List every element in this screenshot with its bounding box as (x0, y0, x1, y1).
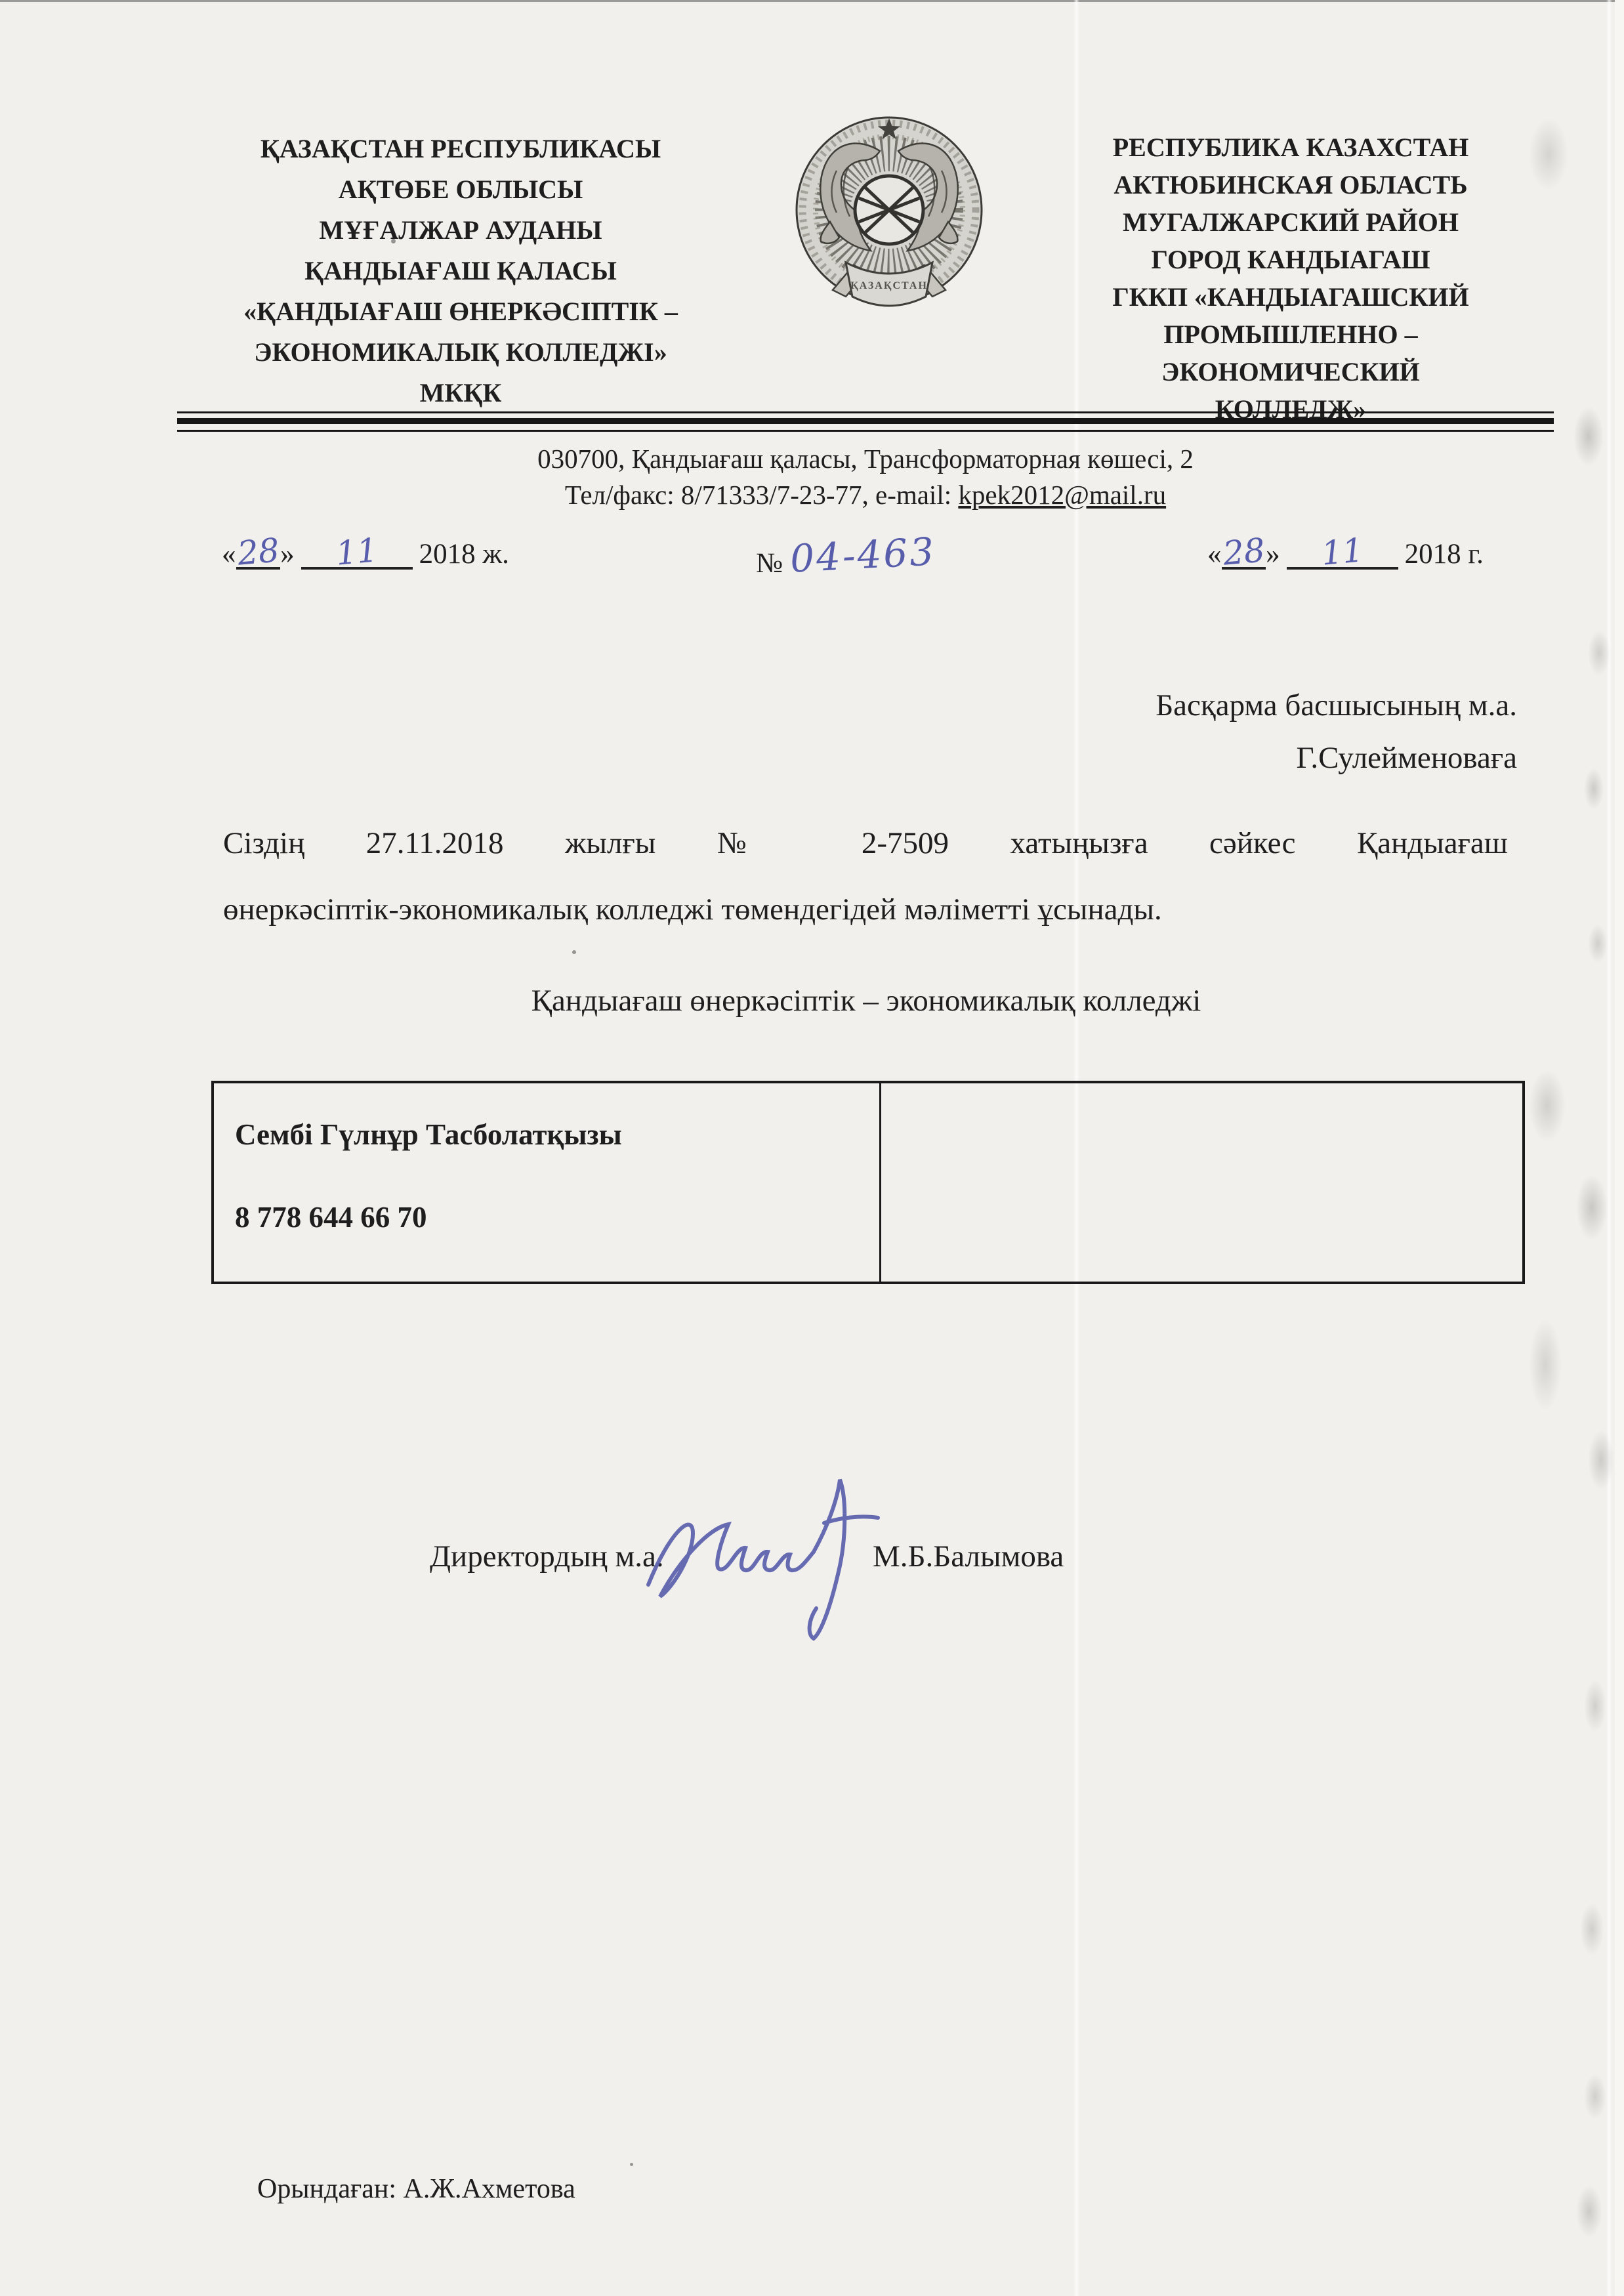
year-text: 2018 г. (1405, 539, 1484, 570)
signoff-role: Директордың м.а. (430, 1539, 664, 1574)
quote-close: » (280, 539, 295, 570)
letterhead-line: МКҚК (152, 373, 769, 413)
college-subtitle: Қандыағаш өнеркәсіптік – экономикалық ко… (177, 983, 1555, 1018)
body-paragraph: Сіздің 27.11.2018 жылғы № 2-7509 хатыңыз… (223, 825, 1508, 927)
letterhead-line: ЭКОНОМИЧЕСКИЙ (1025, 353, 1556, 390)
phone-email-line: Тел/факс: 8/71333/7-23-77, e-mail: kpek2… (177, 477, 1554, 513)
letterhead-line: АҚТӨБЕ ОБЛЫСЫ (152, 169, 769, 210)
date-right-russian: «28»112018 г. (1207, 537, 1484, 570)
person-phone: 8 778 644 66 70 (235, 1200, 427, 1234)
kazakhstan-coat-of-arms-icon: ҚАЗАҚСТАН (791, 110, 988, 320)
body-line: Сіздің 27.11.2018 жылғы № 2-7509 хатыңыз… (223, 825, 1508, 861)
letterhead-line: МУГАЛЖАРСКИЙ РАЙОН (1025, 203, 1556, 241)
table-cell-left: Сембі Гүлнұр Тасболатқызы 8 778 644 66 7… (214, 1083, 879, 1282)
date-left-kazakh: «28»112018 ж. (222, 537, 509, 570)
handwritten-doc-number: 04-463 (789, 529, 936, 581)
scan-right-edge (1615, 0, 1624, 2296)
recipient-title: Басқарма басшысының м.а. (853, 679, 1517, 732)
handwritten-month: 11 (1320, 535, 1364, 568)
letterhead-kazakh: ҚАЗАҚСТАН РЕСПУБЛИКАСЫ АҚТӨБЕ ОБЛЫСЫ МҰҒ… (152, 129, 769, 413)
handwritten-day: 28 (236, 535, 280, 568)
scanned-letter-page: ҚАЗАҚСТАН РЕСПУБЛИКАСЫ АҚТӨБЕ ОБЛЫСЫ МҰҒ… (0, 0, 1624, 2296)
scan-top-edge (0, 0, 1624, 2)
year-text: 2018 ж. (419, 539, 509, 570)
quote-open: « (1207, 539, 1222, 570)
quote-close: » (1266, 539, 1280, 570)
paper-crease (1606, 0, 1612, 2296)
body-line: өнеркәсіптік-экономикалық колледжі төмен… (223, 892, 1508, 927)
info-table: Сембі Гүлнұр Тасболатқызы 8 778 644 66 7… (211, 1081, 1525, 1284)
quote-open: « (222, 539, 236, 570)
letterhead-line: ЭКОНОМИКАЛЫҚ КОЛЛЕДЖІ» (152, 332, 769, 373)
dateline: «28»112018 ж. № 04-463 «28»112018 г. (0, 537, 1624, 616)
letterhead-line: РЕСПУБЛИКА КАЗАХСТАН (1025, 129, 1556, 166)
letterhead-line: ГККП «КАНДЫАГАШСКИЙ (1025, 278, 1556, 316)
letterhead-line: ПРОМЫШЛЕННО – (1025, 316, 1556, 353)
recipient-block: Басқарма басшысының м.а. Г.Сулейменоваға (853, 679, 1517, 784)
executor-line: Орындаған: А.Ж.Ахметова (257, 2173, 575, 2205)
handwritten-day: 28 (1222, 535, 1266, 568)
phone-text: Тел/факс: 8/71333/7-23-77, e-mail: (565, 480, 959, 510)
person-name: Сембі Гүлнұр Тасболатқызы (235, 1117, 622, 1152)
contact-block: 030700, Қандыағаш қаласы, Трансформаторн… (177, 441, 1554, 513)
letterhead-line: АКТЮБИНСКАЯ ОБЛАСТЬ (1025, 166, 1556, 203)
letterhead-line: ГОРОД КАНДЫАГАШ (1025, 241, 1556, 278)
letterhead-line: МҰҒАЛЖАР АУДАНЫ (152, 210, 769, 251)
letterhead-russian: РЕСПУБЛИКА КАЗАХСТАН АКТЮБИНСКАЯ ОБЛАСТЬ… (1025, 129, 1556, 428)
header-rule-thick (177, 418, 1554, 424)
address-line: 030700, Қандыағаш қаласы, Трансформаторн… (177, 441, 1554, 477)
handwritten-month: 11 (335, 535, 379, 568)
letterhead-line: «ҚАНДЫАҒАШ ӨНЕРКӘСІПТІК – (152, 291, 769, 332)
recipient-name: Г.Сулейменоваға (853, 732, 1517, 784)
number-sign: № (756, 548, 783, 579)
header-rule-thin-top (177, 411, 1554, 413)
emblem-banner-text: ҚАЗАҚСТАН (850, 280, 928, 291)
letterhead-line: ҚАЗАҚСТАН РЕСПУБЛИКАСЫ (152, 129, 769, 169)
document-number: № 04-463 (756, 537, 936, 581)
email-text: kpek2012@mail.ru (958, 480, 1166, 510)
table-cell-right (881, 1083, 1522, 1282)
header-rule-thin-bottom (177, 430, 1554, 432)
letterhead-line: ҚАНДЫАҒАШ ҚАЛАСЫ (152, 251, 769, 291)
signoff-name: М.Б.Балымова (873, 1539, 1064, 1574)
